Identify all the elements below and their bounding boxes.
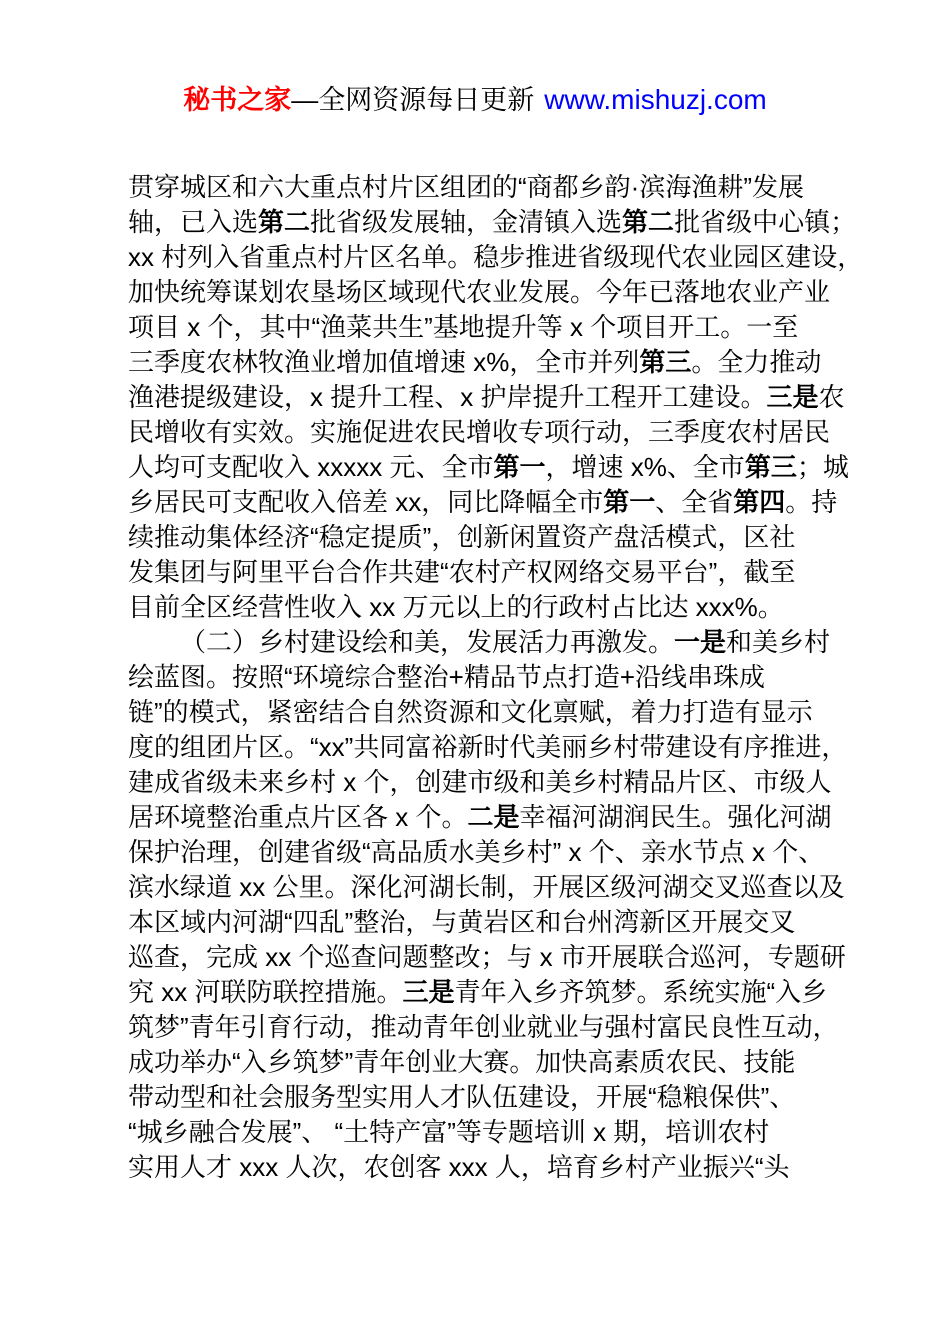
body-text-segment: 农 [818,382,844,412]
body-text-segment: 民增收有实效。实施促进农民增收专项行动，三季度农村居民 [128,417,830,447]
body-text-segment: 带动型和社会服务型实用人才队伍建设，开展“稳粮保供”、 [128,1082,795,1112]
text-line: 三季度农林牧渔业增加值增速 x%，全市并列第三。全力推动 [128,345,858,380]
body-text-segment: 筑梦”青年引育行动，推动青年创业就业与强村富民良性互动， [128,1012,839,1042]
text-line: 筑梦”青年引育行动，推动青年创业就业与强村富民良性互动， [128,1010,858,1045]
body-text-segment: 本区域内河湖“四乱”整治，与黄岩区和台州湾新区开展交叉 [128,907,795,937]
emphasis-text: 第一 [493,452,545,482]
text-line: 加快统筹谋划农垦场区域现代农业发展。今年已落地农业产业 [128,275,858,310]
body-text-segment: 绘蓝图。按照“环境综合整治+精品节点打造+沿线串珠成 [128,662,765,692]
body-text-segment: 项目 x 个，其中“渔菜共生”基地提升等 x 个项目开工。一至 [128,312,798,342]
text-line: 乡居民可支配收入倍差 xx，同比降幅全市第一、全省第四。持 [128,485,858,520]
text-line: 巡查，完成 xx 个巡查问题整改；与 x 市开展联合巡河，专题研 [128,940,858,975]
emphasis-text: 第四 [733,487,785,517]
emphasis-text: 三是 [402,977,454,1007]
body-text-segment: 批省级中心镇； [674,207,856,237]
text-line: 民增收有实效。实施促进农民增收专项行动，三季度农村居民 [128,415,858,450]
emphasis-text: 一是 [674,627,726,657]
text-line: 保护治理，创建省级“高品质水美乡村” x 个、亲水节点 x 个、 [128,835,858,870]
body-text-segment: “城乡融合发展”、 “土特产富”等专题培训 x 期，培训农村 [128,1117,769,1147]
body-text-segment: 成功举办“入乡筑梦”青年创业大赛。加快高素质农民、技能 [128,1047,795,1077]
body-text-segment: 幸福河湖润民生。强化河湖 [519,802,831,832]
text-line: 成功举办“入乡筑梦”青年创业大赛。加快高素质农民、技能 [128,1045,858,1080]
site-url-link[interactable]: www.mishuzj.com [544,84,766,115]
body-text-segment: 究 xx 河联防联控措施。 [128,977,402,1007]
text-line: 贯穿城区和六大重点村片区组团的“商都乡韵·滨海渔耕”发展 [128,170,858,205]
body-text-segment: 目前全区经营性收入 xx 万元以上的行政村占比达 xxx%。 [128,592,784,622]
text-line: 发集团与阿里平台合作共建“农村产权网络交易平台”，截至 [128,555,858,590]
body-text-segment: 人均可支配收入 xxxxx 元、全市 [128,452,493,482]
text-line: 渔港提级建设，x 提升工程、x 护岸提升工程开工建设。三是农 [128,380,858,415]
text-line: 目前全区经营性收入 xx 万元以上的行政村占比达 xxx%。 [128,590,858,625]
text-line: xx 村列入省重点村片区名单。稳步推进省级现代农业园区建设， [128,240,858,275]
body-text-segment: 。全力推动 [691,347,821,377]
body-text-segment: 发集团与阿里平台合作共建“农村产权网络交易平台”，截至 [128,557,795,587]
body-text-segment: 、全省 [655,487,733,517]
document-page: 秘书之家—全网资源每日更新www.mishuzj.com 贯穿城区和六大重点村片… [0,0,950,1344]
body-text-segment: 贯穿城区和六大重点村片区组团的“商都乡韵·滨海渔耕”发展 [128,172,804,202]
text-line: 究 xx 河联防联控措施。三是青年入乡齐筑梦。系统实施“入乡 [128,975,858,1010]
body-text-segment: 实用人才 xxx 人次，农创客 xxx 人，培育乡村产业振兴“头 [128,1152,790,1182]
text-line: 人均可支配收入 xxxxx 元、全市第一，增速 x%、全市第三；城 [128,450,858,485]
body-text-segment: 和美乡村 [726,627,830,657]
body-text-segment: 续推动集体经济“稳定提质”，创新闲置资产盘活模式，区社 [128,522,795,552]
body-text-segment: 保护治理，创建省级“高品质水美乡村” x 个、亲水节点 x 个、 [128,837,824,867]
body-text-segment: 。持 [785,487,837,517]
emphasis-text: 第二 [622,207,674,237]
site-tagline: —全网资源每日更新 [291,85,534,115]
emphasis-text: 第二 [258,207,310,237]
text-line: “城乡融合发展”、 “土特产富”等专题培训 x 期，培训农村 [128,1115,858,1150]
body-text-segment: 渔港提级建设，x 提升工程、x 护岸提升工程开工建设。 [128,382,766,412]
body-text-segment: 乡居民可支配收入倍差 xx，同比降幅全市 [128,487,603,517]
site-brand: 秘书之家 [183,85,291,115]
text-line: 本区域内河湖“四乱”整治，与黄岩区和台州湾新区开展交叉 [128,905,858,940]
body-text-segment: （二）乡村建设绘和美，发展活力再激发。 [180,627,674,657]
document-body: 贯穿城区和六大重点村片区组团的“商都乡韵·滨海渔耕”发展轴，已入选第二批省级发展… [128,170,858,1185]
body-text-segment: 三季度农林牧渔业增加值增速 x%，全市并列 [128,347,639,377]
text-line: 项目 x 个，其中“渔菜共生”基地提升等 x 个项目开工。一至 [128,310,858,345]
text-line: 轴，已入选第二批省级发展轴，金清镇入选第二批省级中心镇； [128,205,858,240]
body-text-segment: ，增速 x%、全市 [545,452,744,482]
text-line: 绘蓝图。按照“环境综合整治+精品节点打造+沿线串珠成 [128,660,858,695]
body-text-segment: 轴，已入选 [128,207,258,237]
body-text-segment: ；城 [797,452,849,482]
body-text-segment: 加快统筹谋划农垦场区域现代农业发展。今年已落地农业产业 [128,277,830,307]
body-text-segment: 链”的模式，紧密结合自然资源和文化禀赋，着力打造有显示 [128,697,813,727]
emphasis-text: 二是 [467,802,519,832]
body-text-segment: 度的组团片区。“xx”共同富裕新时代美丽乡村带建设有序推进， [128,732,847,762]
text-line: 度的组团片区。“xx”共同富裕新时代美丽乡村带建设有序推进， [128,730,858,765]
body-text-segment: 巡查，完成 xx 个巡查问题整改；与 x 市开展联合巡河，专题研 [128,942,846,972]
text-line: 带动型和社会服务型实用人才队伍建设，开展“稳粮保供”、 [128,1080,858,1115]
text-line: （二）乡村建设绘和美，发展活力再激发。一是和美乡村 [128,625,858,660]
body-text-segment: 批省级发展轴，金清镇入选 [310,207,622,237]
body-text-segment: xx 村列入省重点村片区名单。稳步推进省级现代农业园区建设， [128,242,863,272]
text-line: 续推动集体经济“稳定提质”，创新闲置资产盘活模式，区社 [128,520,858,555]
text-line: 建成省级未来乡村 x 个，创建市级和美乡村精品片区、市级人 [128,765,858,800]
body-text-segment: 青年入乡齐筑梦。系统实施“入乡 [454,977,827,1007]
body-text-segment: 居环境整治重点片区各 x 个。 [128,802,467,832]
emphasis-text: 第三 [745,452,797,482]
emphasis-text: 第三 [639,347,691,377]
body-text-segment: 建成省级未来乡村 x 个，创建市级和美乡村精品片区、市级人 [128,767,831,797]
text-line: 滨水绿道 xx 公里。深化河湖长制，开展区级河湖交叉巡查以及 [128,870,858,905]
emphasis-text: 第一 [603,487,655,517]
emphasis-text: 三是 [766,382,818,412]
text-line: 实用人才 xxx 人次，农创客 xxx 人，培育乡村产业振兴“头 [128,1150,858,1185]
body-text-segment: 滨水绿道 xx 公里。深化河湖长制，开展区级河湖交叉巡查以及 [128,872,844,902]
site-header: 秘书之家—全网资源每日更新www.mishuzj.com [0,80,950,120]
text-line: 居环境整治重点片区各 x 个。二是幸福河湖润民生。强化河湖 [128,800,858,835]
text-line: 链”的模式，紧密结合自然资源和文化禀赋，着力打造有显示 [128,695,858,730]
